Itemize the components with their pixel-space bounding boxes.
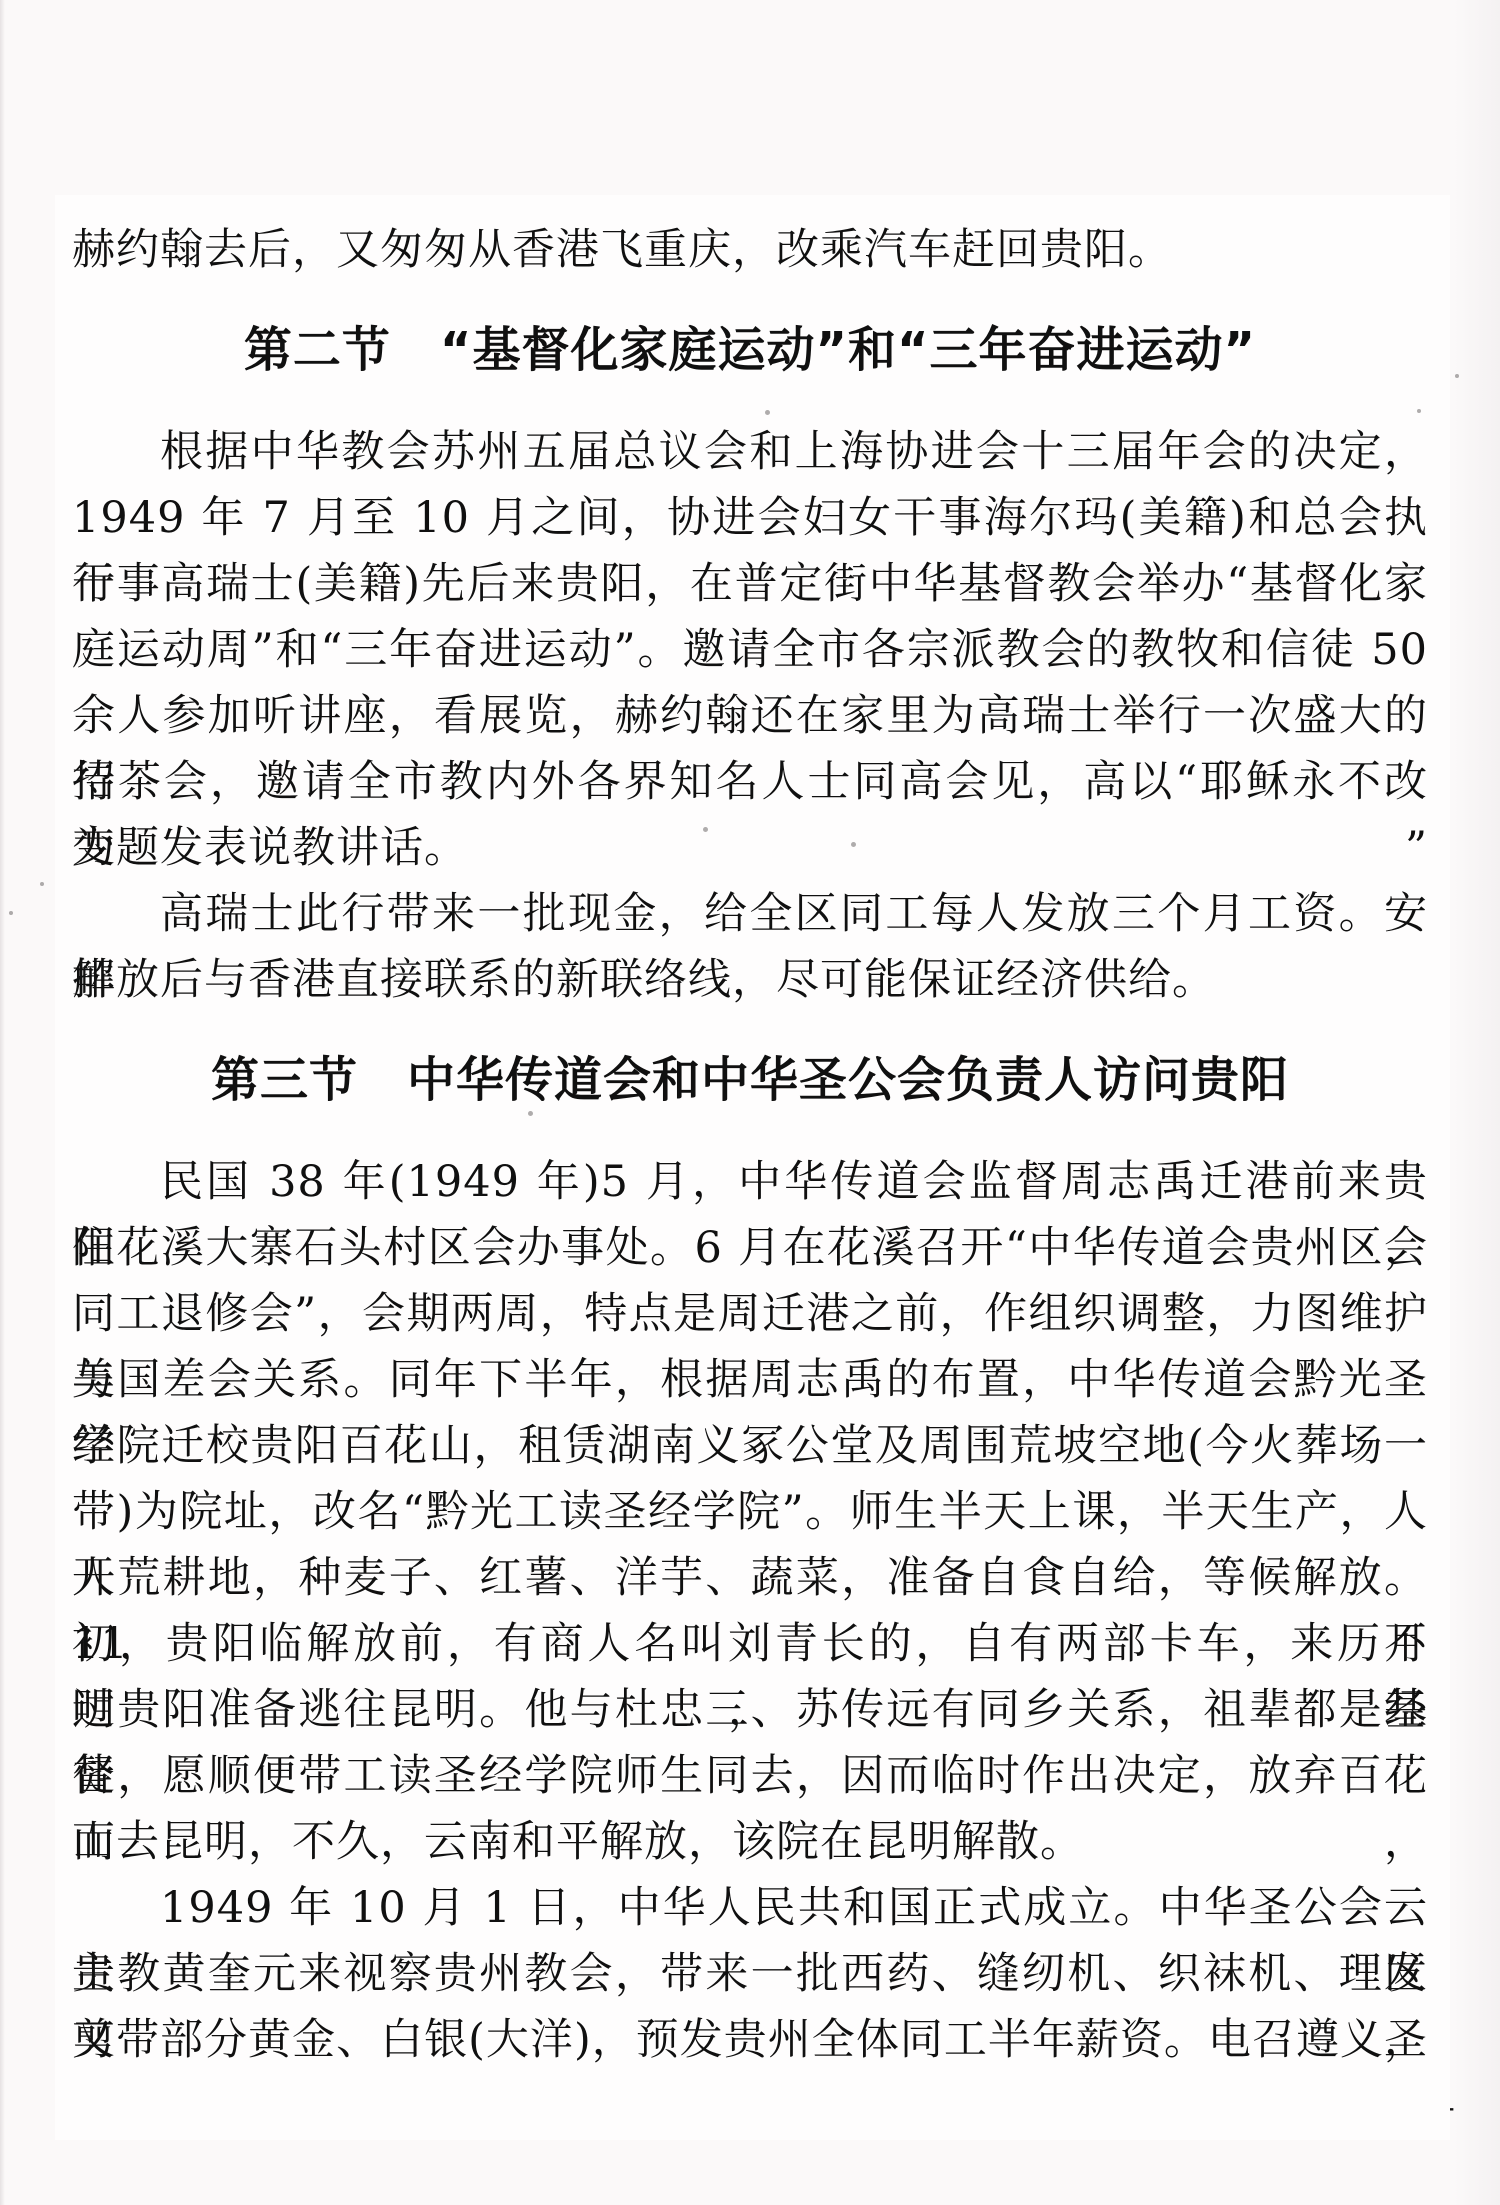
text-line: 开荒耕地，种麦子、红薯、洋芋、蔬菜，准备自食自给，等候解放。11 月 — [72, 1545, 1428, 1611]
text-column: 赫约翰去后，又匆匆从香港飞重庆，改乘汽车赶回贵阳。第二节 “基督化家庭运动”和“… — [0, 0, 1500, 2073]
text-line: 过贵阳准备逃往昆明。他与杜忠三、苏传远有同乡关系，祖辈都是基督 — [72, 1677, 1428, 1743]
text-line: 徒，愿顺便带工读圣经学院师生同去，因而临时作出决定，放弃百花山， — [72, 1743, 1428, 1809]
text-line: 带)为院址，改名“黔光工读圣经学院”。师生半天上课，半天生产，人人 — [72, 1479, 1428, 1545]
scan-speck — [765, 410, 770, 415]
text-line: 待茶会，邀请全市教内外各界知名人士同高会见，高以“耶稣永不改变” — [72, 749, 1428, 815]
text-line: 1949 年 7 月至 10 月之间，协进会妇女干事海尔玛(美籍)和总会执行 — [72, 485, 1428, 551]
scan-speck — [1455, 374, 1459, 378]
scan-speck — [40, 882, 44, 886]
text-line: 同工退修会”，会期两周，特点是周迁港之前，作组织调整，力图维护与 — [72, 1281, 1428, 1347]
text-line: 住花溪大寨石头村区会办事处。6 月在花溪召开“中华传道会贵州区会 — [72, 1215, 1428, 1281]
text-line: 干事高瑞士(美籍)先后来贵阳，在普定街中华基督教会举办“基督化家 — [72, 551, 1428, 617]
book-page: 赫约翰去后，又匆匆从香港飞重庆，改乘汽车赶回贵阳。第二节 “基督化家庭运动”和“… — [0, 0, 1500, 2205]
text-line: 美国差会关系。同年下半年，根据周志禹的布置，中华传道会黔光圣经 — [72, 1347, 1428, 1413]
scan-speck — [703, 827, 708, 832]
text-line: 解放后与香港直接联系的新联络线，尽可能保证经济供给。 — [72, 947, 1428, 1013]
scan-speck — [1417, 409, 1421, 413]
text-line: 学院迁校贵阳百花山，租赁湖南义冢公堂及周围荒坡空地(今火葬场一 — [72, 1413, 1428, 1479]
text-line: 又带部分黄金、白银(大洋)，预发贵州全体同工半年薪资。电召遵义圣 — [72, 2007, 1428, 2073]
text-line: 民国 38 年(1949 年)5 月，中华传道会监督周志禹迁港前来贵阳， — [72, 1149, 1428, 1215]
section-3-heading: 第三节 中华传道会和中华圣公会负责人访问贵阳 — [72, 1047, 1428, 1113]
text-line: 根据中华教会苏州五届总议会和上海协进会十三届年会的决定， — [72, 419, 1428, 485]
scan-speck — [528, 1111, 533, 1116]
text-line: 余人参加听讲座，看展览，赫约翰还在家里为高瑞士举行一次盛大的招 — [72, 683, 1428, 749]
section-2-heading: 第二节 “基督化家庭运动”和“三年奋进运动” — [72, 317, 1428, 383]
text-line: 庭运动周”和“三年奋进运动”。邀请全市各宗派教会的教牧和信徒 50 — [72, 617, 1428, 683]
text-line: 初，贵阳临解放前，有商人名叫刘青长的，自有两部卡车，来历不明，经 — [72, 1611, 1428, 1677]
scan-speck — [9, 911, 13, 915]
scan-speck — [851, 842, 856, 847]
text-line: 主教黄奎元来视察贵州教会，带来一批西药、缝纫机、织袜机、理发剪， — [72, 1941, 1428, 2007]
text-line: 赫约翰去后，又匆匆从香港飞重庆，改乘汽车赶回贵阳。 — [72, 217, 1428, 283]
text-line: 高瑞士此行带来一批现金，给全区同工每人发放三个月工资。安排 — [72, 881, 1428, 947]
text-line: 1949 年 10 月 1 日，中华人民共和国正式成立。中华圣公会云贵区 — [72, 1875, 1428, 1941]
